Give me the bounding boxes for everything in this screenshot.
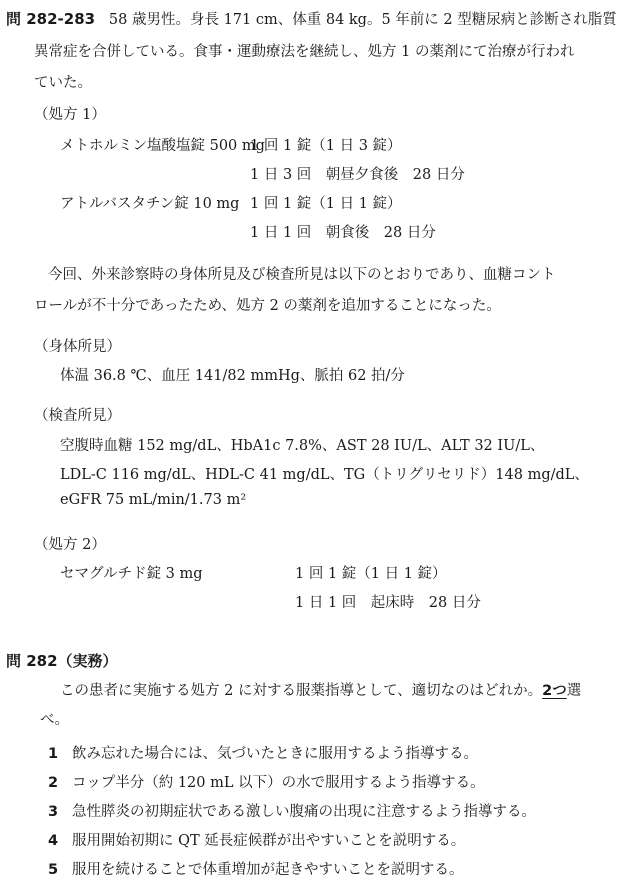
question-stem-tail: 選 bbox=[567, 683, 582, 699]
prescription2-title: （処方 2） bbox=[34, 533, 106, 554]
option-number: 3 bbox=[48, 804, 72, 820]
answer-option-1[interactable]: 1飲み忘れた場合には、気づいたときに服用するよう指導する。 bbox=[48, 742, 478, 763]
prescription2-drug1-schedule: 1 日 1 回 起床時 28 日分 bbox=[295, 591, 481, 612]
lab-findings-line2: LDL-C 116 mg/dL、HDL-C 41 mg/dL、TG（トリグリセリ… bbox=[60, 463, 589, 484]
prescription1-title: （処方 1） bbox=[34, 103, 106, 124]
question-stem-line2: べ。 bbox=[40, 708, 69, 729]
prescription2-drug1-dose: 1 回 1 錠（1 日 1 錠） bbox=[295, 562, 447, 583]
option-number: 1 bbox=[48, 746, 72, 762]
case-intro-line1: 問 282-283 58 歳男性。身長 171 cm、体重 84 kg。5 年前… bbox=[6, 8, 617, 29]
prescription2-drug1-name: セマグルチド錠 3 mg bbox=[60, 562, 203, 583]
narrative-line1: 今回、外来診察時の身体所見及び検査所見は以下のとおりであり、血糖コント bbox=[48, 263, 556, 284]
answer-option-5[interactable]: 5服用を続けることで体重増加が起きやすいことを説明する。 bbox=[48, 858, 464, 877]
lab-findings-line1: 空腹時血糖 152 mg/dL、HbA1c 7.8%、AST 28 IU/L、A… bbox=[60, 434, 544, 455]
physical-findings-values: 体温 36.8 ℃、血圧 141/82 mmHg、脈拍 62 拍/分 bbox=[60, 364, 405, 385]
answer-option-2[interactable]: 2コップ半分（約 120 mL 以下）の水で服用するよう指導する。 bbox=[48, 771, 485, 792]
option-number: 4 bbox=[48, 833, 72, 849]
case-intro-line3: ていた。 bbox=[34, 71, 92, 92]
question-stem-line1: この患者に実施する処方 2 に対する服薬指導として、適切なのはどれか。2つ選 bbox=[60, 679, 581, 700]
prescription1-drug1-name: メトホルミン塩酸塩錠 500 mg bbox=[60, 134, 265, 155]
answer-option-3[interactable]: 3急性膵炎の初期症状である激しい腹痛の出現に注意するよう指導する。 bbox=[48, 800, 536, 821]
prescription1-drug1-dose: 1 回 1 錠（1 日 3 錠） bbox=[250, 134, 402, 155]
question-range: 問 282-283 bbox=[6, 10, 95, 28]
prescription1-drug2-name: アトルバスタチン錠 10 mg bbox=[60, 192, 239, 213]
option-text: 服用開始初期に QT 延長症候群が出やすいことを説明する。 bbox=[72, 833, 465, 849]
narrative-line2: ロールが不十分であったため、処方 2 の薬剤を追加することになった。 bbox=[34, 294, 501, 315]
option-text: 服用を続けることで体重増加が起きやすいことを説明する。 bbox=[72, 862, 464, 877]
option-text: コップ半分（約 120 mL 以下）の水で服用するよう指導する。 bbox=[72, 775, 485, 791]
physical-findings-title: （身体所見） bbox=[34, 335, 121, 356]
prescription1-drug2-schedule: 1 日 1 回 朝食後 28 日分 bbox=[250, 221, 436, 242]
option-text: 飲み忘れた場合には、気づいたときに服用するよう指導する。 bbox=[72, 746, 478, 762]
answer-option-4[interactable]: 4服用開始初期に QT 延長症候群が出やすいことを説明する。 bbox=[48, 829, 465, 850]
option-number: 5 bbox=[48, 862, 72, 877]
prescription1-drug1-schedule: 1 日 3 回 朝昼夕食後 28 日分 bbox=[250, 163, 465, 184]
prescription1-drug2-dose: 1 回 1 錠（1 日 1 錠） bbox=[250, 192, 402, 213]
option-number: 2 bbox=[48, 775, 72, 791]
option-text: 急性膵炎の初期症状である激しい腹痛の出現に注意するよう指導する。 bbox=[72, 804, 536, 820]
question-title: 問 282（実務） bbox=[6, 650, 118, 671]
case-intro-line2: 異常症を合併している。食事・運動療法を継続し、処方 1 の薬剤にて治療が行われ bbox=[34, 40, 574, 61]
question-stem-emphasis: 2つ bbox=[542, 683, 567, 699]
case-text: 58 歳男性。身長 171 cm、体重 84 kg。5 年前に 2 型糖尿病と診… bbox=[109, 12, 617, 28]
lab-findings-line3: eGFR 75 mL/min/1.73 m² bbox=[60, 492, 246, 508]
lab-findings-title: （検査所見） bbox=[34, 404, 121, 425]
question-stem-text: この患者に実施する処方 2 に対する服薬指導として、適切なのはどれか。 bbox=[60, 683, 542, 699]
